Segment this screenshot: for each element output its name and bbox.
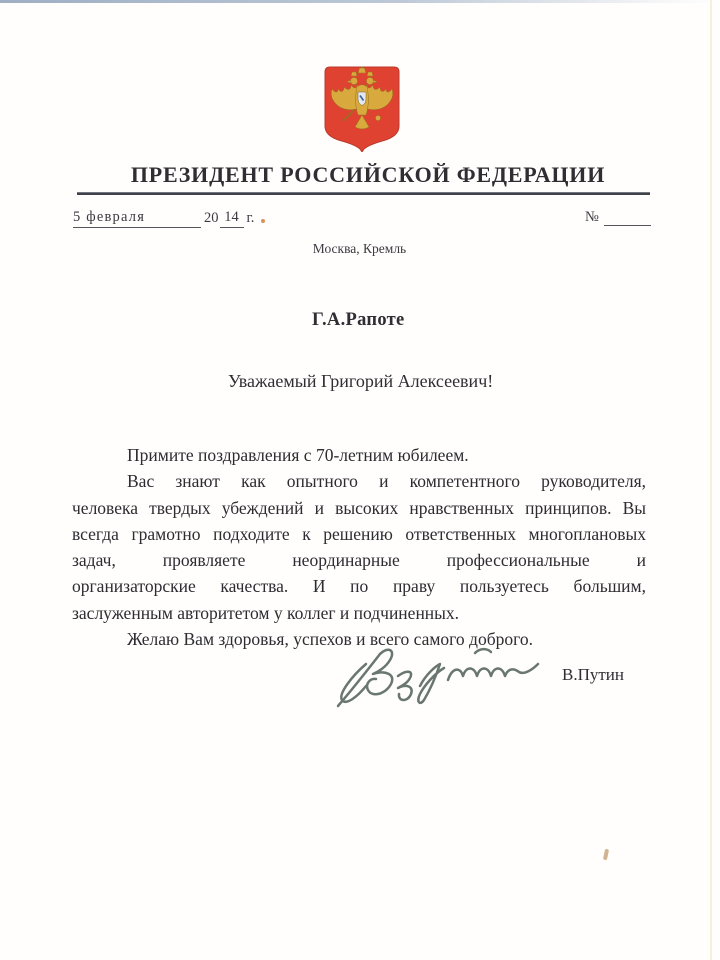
- body-line: задач, проявляете неординарные профессио…: [72, 547, 646, 573]
- date-line: 5 февраля 20 14 г.: [73, 209, 254, 228]
- date-day-month: 5 февраля: [73, 209, 201, 228]
- body-line: всегда грамотно подходите к решению отве…: [72, 521, 646, 547]
- letterhead-rule: [77, 192, 650, 195]
- body-line: организаторские качества. И по праву пол…: [72, 573, 646, 599]
- ink-dot-artifact: [261, 219, 265, 223]
- ink-smudge-artifact: [603, 849, 609, 861]
- scan-edge-artifact-top: [0, 0, 720, 3]
- letterhead-title: ПРЕЗИДЕНТ РОССИЙСКОЙ ФЕДЕРАЦИИ: [76, 162, 660, 188]
- signature-autograph: [336, 642, 548, 722]
- body-line: Вас знают как опытного и компетентного р…: [72, 468, 646, 494]
- number-sign-label: №: [585, 209, 599, 226]
- body-line: заслуженным авторитетом у коллег и подчи…: [72, 600, 646, 626]
- date-year-suffix: г.: [247, 210, 255, 228]
- date-year: 14: [220, 209, 244, 228]
- addressee: Г.А.Рапоте: [312, 310, 405, 331]
- salutation: Уважаемый Григорий Алексеевич!: [228, 371, 493, 392]
- body-line: человека твердых убеждений и высоких нра…: [72, 495, 646, 521]
- russia-coat-of-arms: [324, 66, 400, 152]
- scan-edge-artifact-right: [710, 0, 712, 960]
- place-line: Москва, Кремль: [73, 241, 646, 257]
- letter-body: Примите поздравления с 70-летним юбилеем…: [72, 442, 646, 652]
- body-line: Примите поздравления с 70-летним юбилеем…: [72, 442, 646, 468]
- scanned-letter-page: ПРЕЗИДЕНТ РОССИЙСКОЙ ФЕДЕРАЦИИ 5 февраля…: [0, 0, 720, 960]
- number-blank-line: [604, 209, 651, 226]
- date-century: 20: [204, 210, 219, 228]
- document-number-field: №: [585, 209, 651, 226]
- signature-name: В.Путин: [562, 665, 624, 685]
